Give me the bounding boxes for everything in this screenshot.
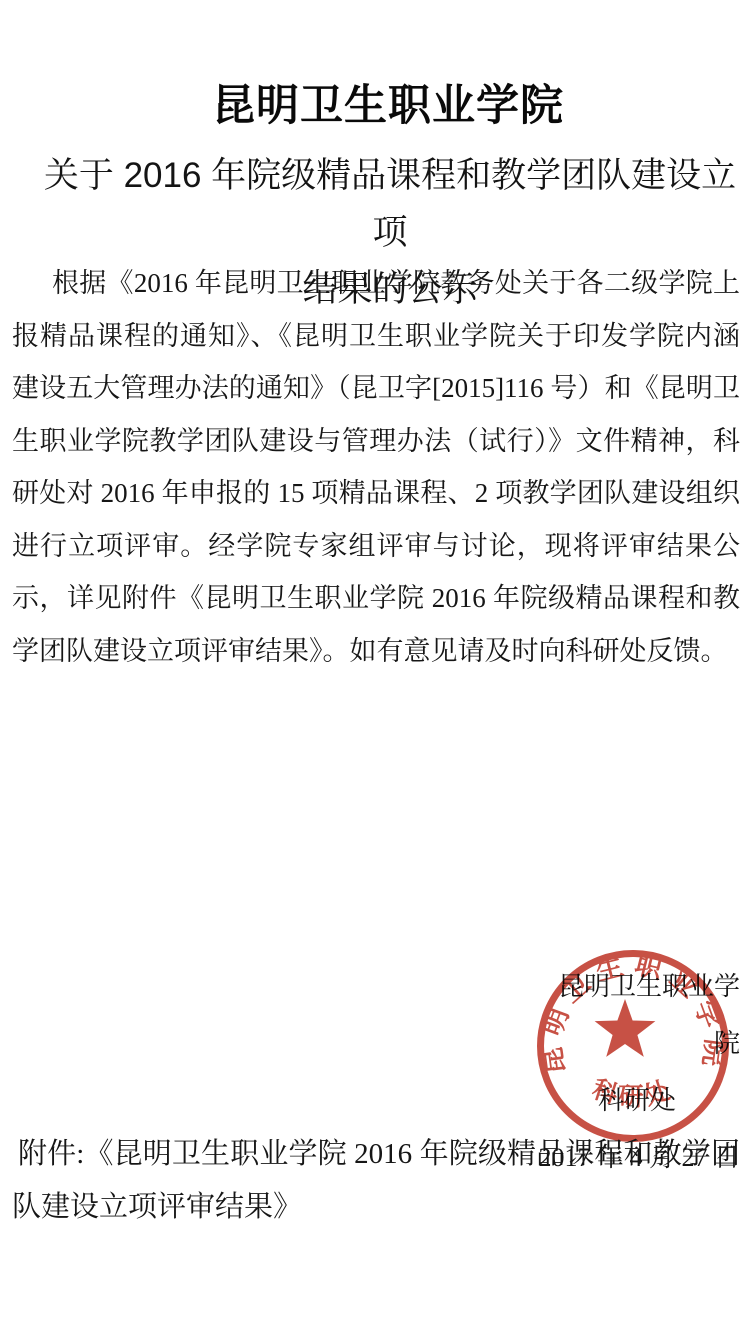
signature-department: 科研处 [534,1072,740,1129]
subtitle-line-1: 关于 2016 年院级精品课程和教学团队建设立项 [30,147,750,261]
signature-organization: 昆明卫生职业学院 [534,958,740,1072]
document-title: 昆明卫生职业学院 [0,82,750,130]
body-paragraph: 根据《2016 年昆明卫生职业学院教务处关于各二级学院上报精品课程的通知》、《昆… [12,257,740,677]
document-page: 昆明卫生职业学院 关于 2016 年院级精品课程和教学团队建设立项 结果的公示 … [0,0,750,1334]
attachment-note: 附件:《昆明卫生职业学院 2016 年院级精品课程和教学团队建设立项评审结果》 [12,1128,740,1234]
